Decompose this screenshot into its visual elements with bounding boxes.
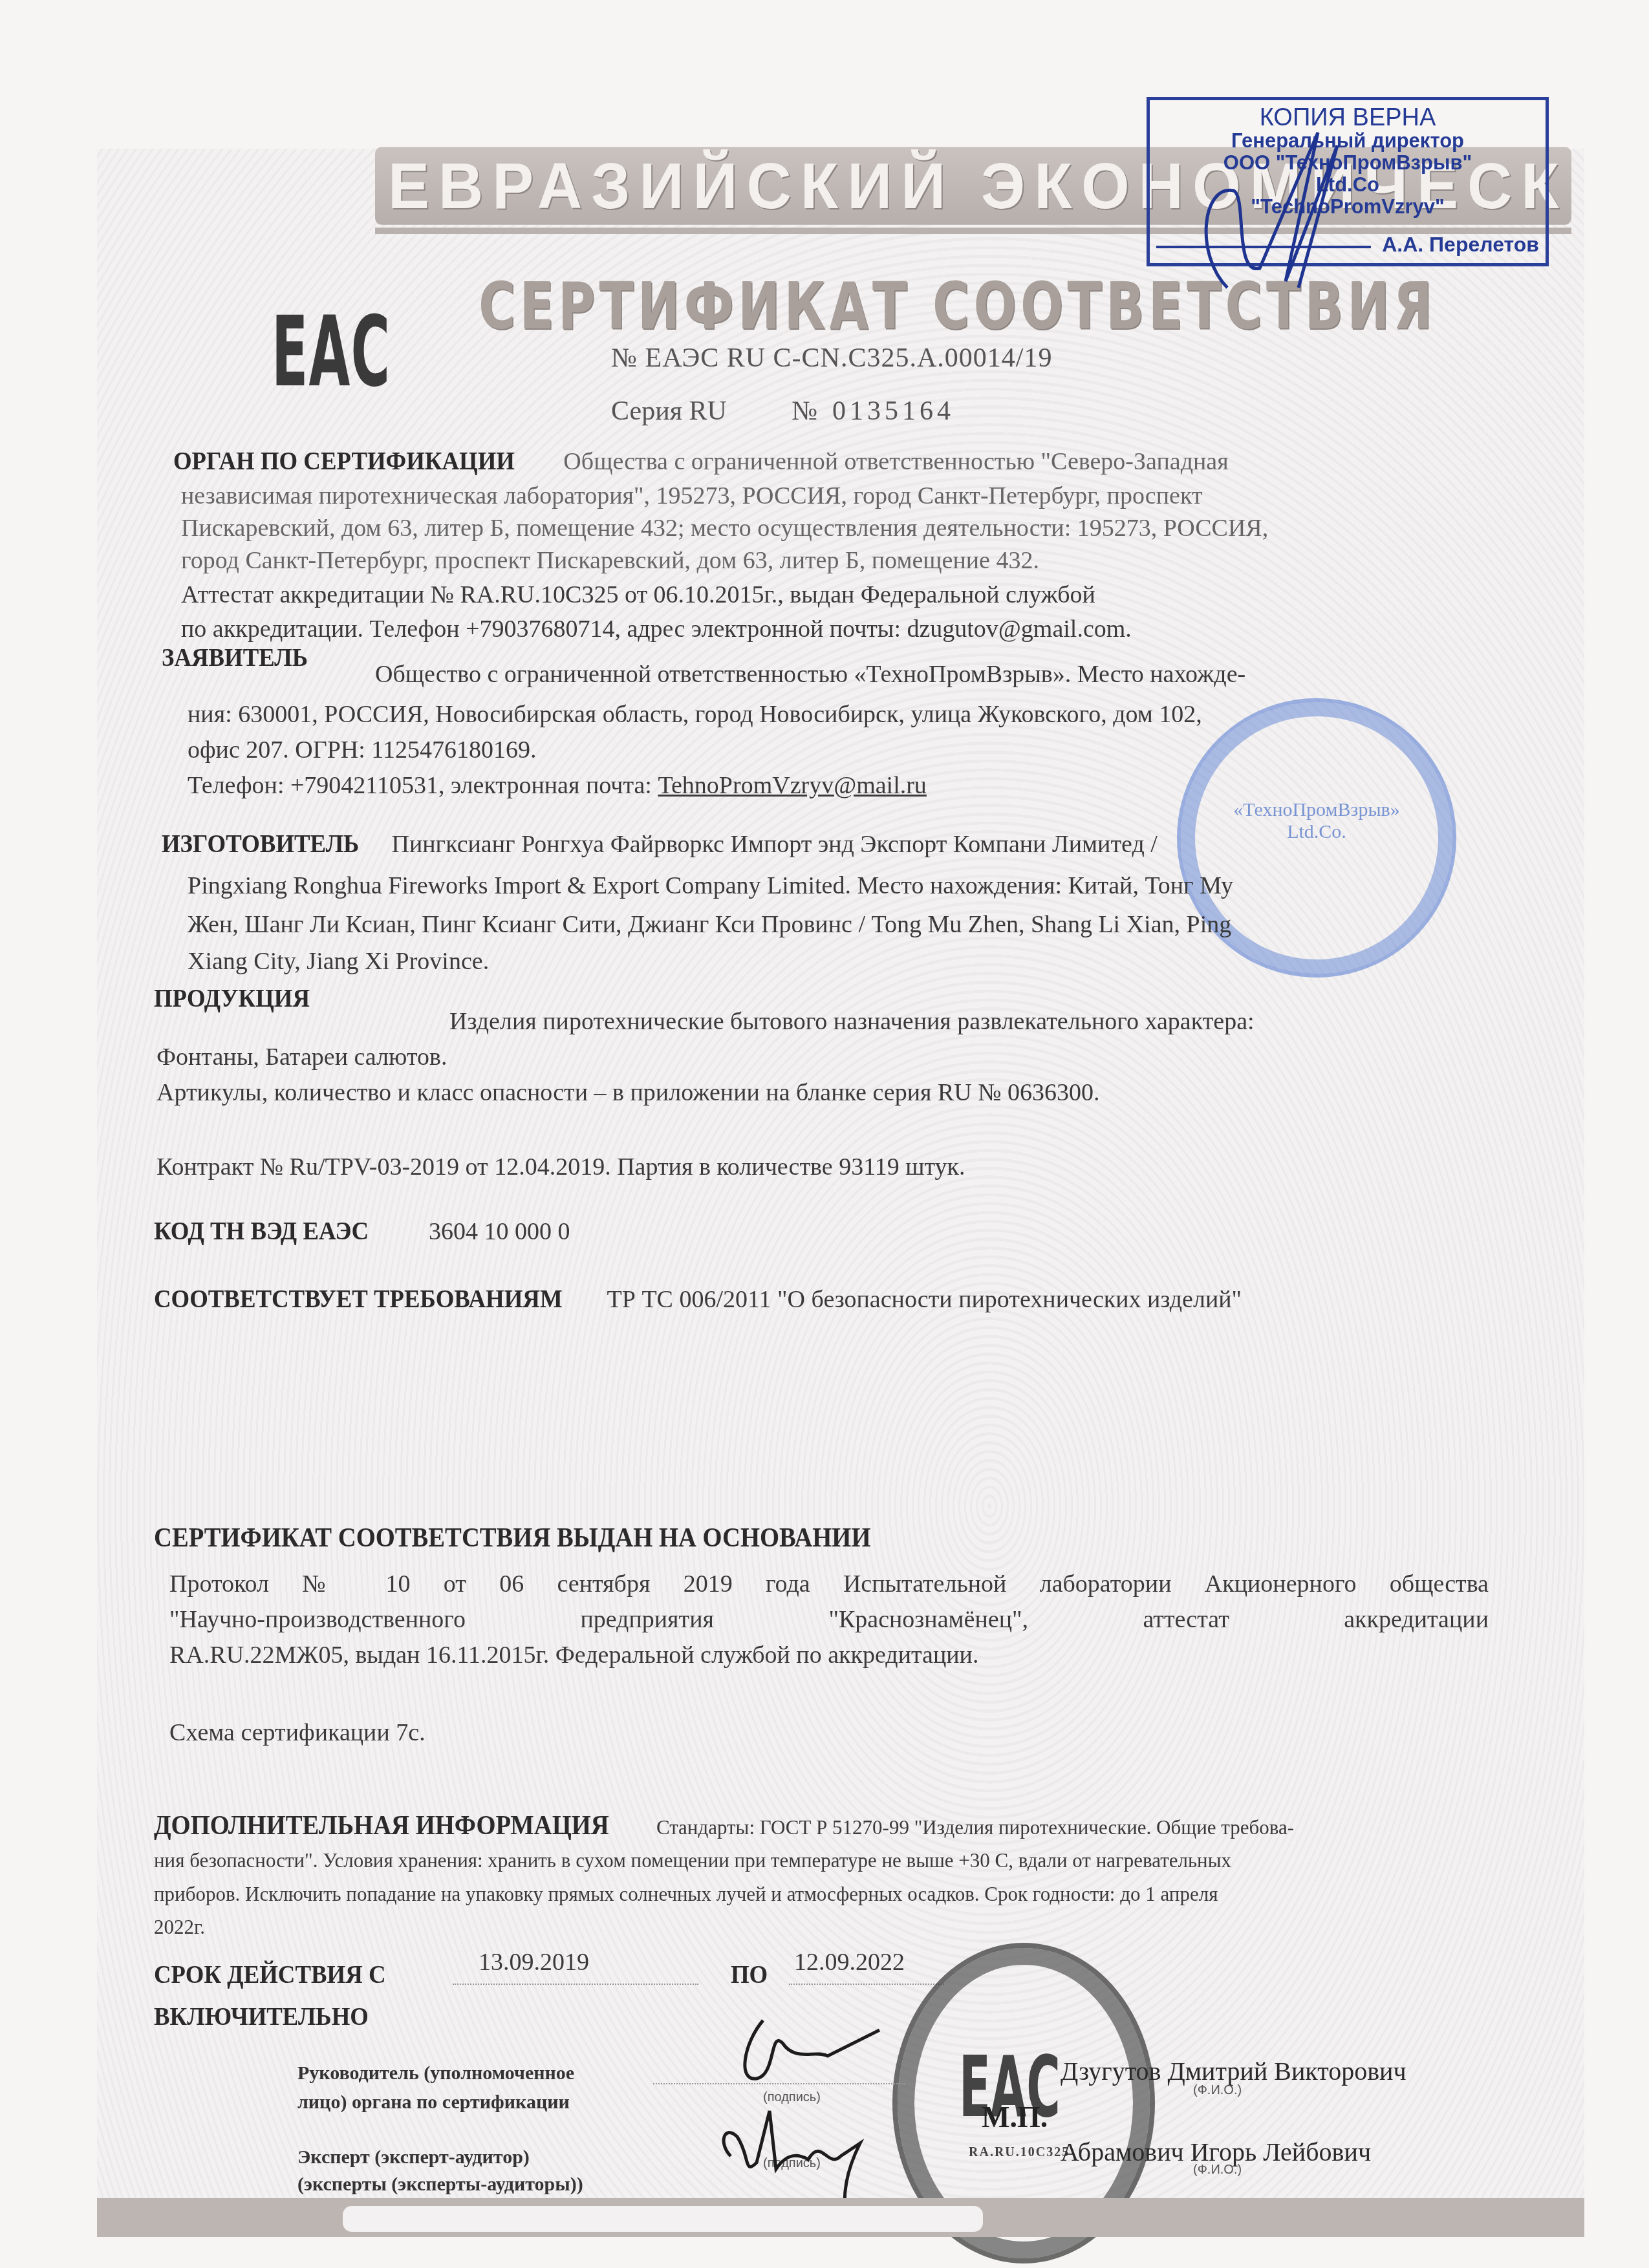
text-line: Контракт № Ru/TPV-03-2019 от 12.04.2019.… bbox=[156, 1151, 965, 1183]
text-line: город Санкт-Петербург, проспект Пискарев… bbox=[181, 544, 1039, 577]
text-line: Стандарты: ГОСТ Р 51270-99 "Изделия пиро… bbox=[656, 1816, 1294, 1839]
text-line: офис 207. ОГРН: 1125476180169. bbox=[188, 734, 536, 766]
label-text: ВКЛЮЧИТЕЛЬНО bbox=[154, 2001, 369, 2031]
validity-to-label: ПО bbox=[731, 1959, 771, 1989]
text-line: Протокол № 10 от 06 сентября 2019 года И… bbox=[169, 1568, 1489, 1600]
validity-inclusive-label: ВКЛЮЧИТЕЛЬНО bbox=[154, 2001, 387, 2031]
text-line: Фонтаны, Батареи салютов. bbox=[156, 1041, 447, 1073]
eac-logo-icon: EAC bbox=[272, 304, 391, 401]
label-text: СРОК ДЕЙСТВИЯ С bbox=[154, 1959, 385, 1989]
validity-from-date: 13.09.2019 bbox=[479, 1946, 589, 1978]
text-line: приборов. Исключить попадание на упаковк… bbox=[154, 1883, 1218, 1906]
text-line: Общества с ограниченной ответственностью… bbox=[563, 448, 1228, 475]
applicant-email-link[interactable]: TehnoPromVzryv@mail.ru bbox=[658, 772, 926, 799]
text-line: Pingxiang Ronghua Fireworks Import & Exp… bbox=[188, 870, 1233, 902]
stamp-center-text: «ТехноПромВзрыв» bbox=[1181, 799, 1452, 821]
series-line: Серия RU № 0135164 bbox=[611, 396, 954, 427]
label-text: ПРОДУКЦИЯ bbox=[154, 983, 310, 1013]
basis-label: СЕРТИФИКАТ СООТВЕТСТВИЯ ВЫДАН НА ОСНОВАН… bbox=[154, 1523, 933, 1554]
head-label: Руководитель (уполномоченное bbox=[297, 2062, 574, 2084]
additional-info-label: ДОПОЛНИТЕЛЬНАЯ ИНФОРМАЦИЯ bbox=[154, 1810, 609, 1841]
text-line: Артикулы, количество и класс опасности –… bbox=[156, 1076, 1100, 1109]
text-line: ния: 630001, РОССИЯ, Новосибирская облас… bbox=[188, 698, 1202, 731]
text-line: Пискаревский, дом 63, литер Б, помещение… bbox=[181, 512, 1268, 544]
footer-ornament-inner bbox=[343, 2206, 983, 2232]
complies-row: СООТВЕТСТВУЕТ ТРЕБОВАНИЯМ ТР ТС 006/2011… bbox=[154, 1283, 1242, 1316]
date-underline bbox=[453, 1984, 698, 1985]
text-line: 2022г. bbox=[154, 1916, 205, 1939]
series-number: № 0135164 bbox=[792, 396, 954, 426]
text-line: RA.RU.22МЖ05, выдан 16.11.2015г. Федерал… bbox=[169, 1639, 978, 1671]
stamp-name: А.А. Перелетов bbox=[1382, 233, 1539, 257]
head-signature-icon bbox=[737, 2017, 905, 2088]
text-line: независимая пиротехническая лаборатория"… bbox=[181, 480, 1203, 512]
text-line: Изделия пиротехнические бытового назначе… bbox=[449, 1005, 1255, 1038]
hs-code-row: КОД ТН ВЭД ЕАЭС 3604 10 000 0 bbox=[154, 1215, 570, 1248]
text-line: ния безопасности". Условия хранения: хра… bbox=[154, 1849, 1231, 1872]
text-line: Аттестат аккредитации № RA.RU.10С325 от … bbox=[181, 579, 1095, 611]
text-line: по аккредитации. Телефон +79037680714, а… bbox=[181, 613, 1132, 645]
text-line: Пингксианг Ронгхуа Файрворкс Импорт энд … bbox=[391, 831, 1157, 858]
hs-code-label: КОД ТН ВЭД ЕАЭС bbox=[154, 1215, 369, 1246]
validity-to-date: 12.09.2022 bbox=[794, 1946, 905, 1978]
label-text: СЕРТИФИКАТ СООТВЕТСТВИЯ ВЫДАН НА ОСНОВАН… bbox=[154, 1523, 870, 1554]
certification-body-line-1: ОРГАН ПО СЕРТИФИКАЦИИ Общества с огранич… bbox=[173, 445, 1229, 478]
certificate-number: № ЕАЭС RU С-CN.С325.А.00014/19 bbox=[611, 343, 1052, 374]
copy-certified-stamp: КОПИЯ ВЕРНА Генеральный директор ООО "Те… bbox=[1147, 97, 1549, 266]
date-underline bbox=[789, 1984, 944, 1985]
head-label: лицо) органа по сертификации bbox=[297, 2091, 570, 2113]
series-label: Серия RU bbox=[611, 396, 727, 426]
text-line: Xiang City, Jiang Xi Province. bbox=[188, 945, 489, 978]
certification-body-label: ОРГАН ПО СЕРТИФИКАЦИИ bbox=[173, 445, 515, 477]
manufacturer-label: ИЗГОТОВИТЕЛЬ bbox=[162, 828, 359, 860]
label-text: ЗАЯВИТЕЛЬ bbox=[162, 642, 308, 672]
hs-code-value: 3604 10 000 0 bbox=[429, 1218, 570, 1245]
phone-text: Телефон: +79042110531, электронная почта… bbox=[188, 772, 658, 799]
complies-value: ТР ТС 006/2011 "О безопасности пиротехни… bbox=[607, 1286, 1242, 1313]
complies-label: СООТВЕТСТВУЕТ ТРЕБОВАНИЯМ bbox=[154, 1283, 563, 1314]
certification-scheme: Схема сертификации 7с. bbox=[169, 1717, 426, 1749]
applicant-label: ЗАЯВИТЕЛЬ bbox=[162, 642, 321, 672]
fio-caption: (Ф.И.О.) bbox=[1193, 2163, 1242, 2177]
expert-label: (эксперты (эксперты-аудиторы)) bbox=[297, 2174, 583, 2196]
seal-mark: М.П. bbox=[982, 2100, 1048, 2134]
additional-info-row: ДОПОЛНИТЕЛЬНАЯ ИНФОРМАЦИЯ Стандарты: ГОС… bbox=[154, 1810, 1294, 1841]
label-text: ПО bbox=[731, 1959, 768, 1989]
applicant-contact-line: Телефон: +79042110531, электронная почта… bbox=[188, 769, 927, 802]
product-label: ПРОДУКЦИЯ bbox=[154, 983, 323, 1013]
seal-registration: RA.RU.10С325 bbox=[969, 2145, 1070, 2160]
stamp-center-text: Ltd.Co. bbox=[1181, 821, 1452, 843]
director-signature-icon bbox=[1189, 126, 1357, 294]
expert-label: Эксперт (эксперт-аудитор) bbox=[297, 2146, 530, 2168]
validity-from-label: СРОК ДЕЙСТВИЯ С bbox=[154, 1959, 406, 1989]
text-line: "Научно-производственного предприятия "К… bbox=[169, 1603, 1489, 1636]
text-line: Жен, Шанг Ли Ксиан, Пинг Ксианг Сити, Дж… bbox=[188, 908, 1231, 941]
footer-ornament bbox=[97, 2198, 1584, 2237]
head-name: Дзугутов Дмитрий Викторович bbox=[1061, 2056, 1406, 2086]
manufacturer-line-1: ИЗГОТОВИТЕЛЬ Пингксианг Ронгхуа Файрворк… bbox=[162, 828, 1158, 861]
text-line: Общество с ограниченной ответственностью… bbox=[375, 658, 1245, 690]
fio-caption: (Ф.И.О.) bbox=[1193, 2083, 1242, 2098]
